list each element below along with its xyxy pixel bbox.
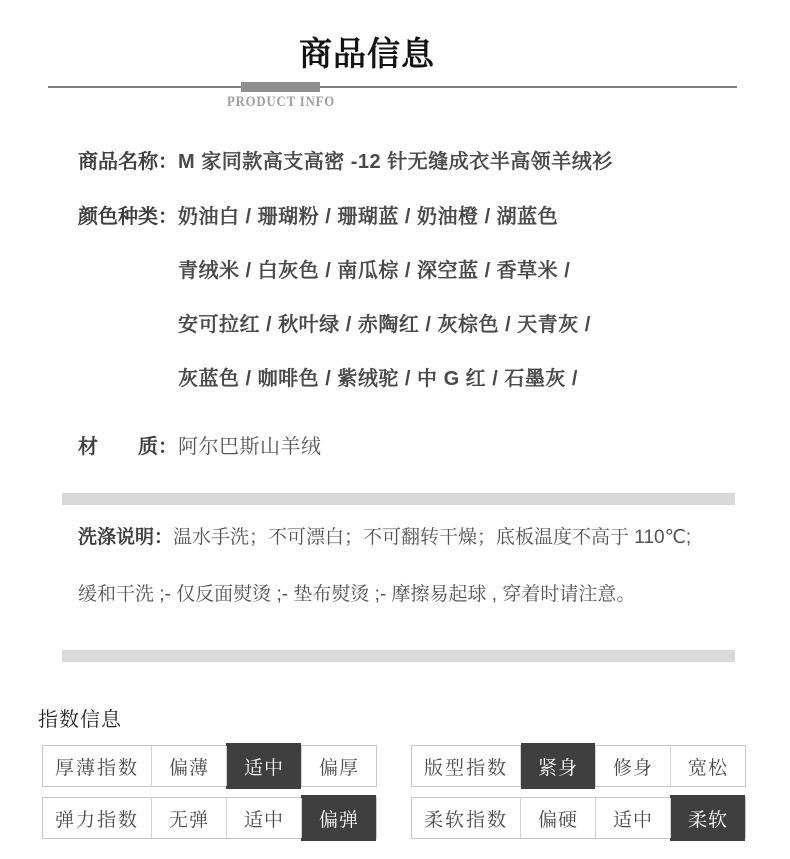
product-name-row: 商品名称：M 家同款高支高密 -12 针无缝成衣半高领羊绒衫 bbox=[78, 152, 613, 172]
color-line-4: 灰蓝色 / 咖啡色 / 紫绒驼 / 中 G 红 / 石墨灰 / bbox=[178, 369, 578, 389]
product-name-label: 商品名称： bbox=[78, 151, 178, 173]
option-cell-tight-selected: 紧身 bbox=[521, 746, 595, 786]
index-table-thickness-label: 厚薄指数 bbox=[43, 746, 152, 786]
index-table-softness: 柔软指数 偏硬 适中 柔软 bbox=[411, 797, 746, 839]
wash-label: 洗涤说明： bbox=[78, 527, 173, 548]
option-cell-soft-selected: 柔软 bbox=[670, 798, 745, 838]
option-cell-thin: 偏薄 bbox=[152, 746, 226, 786]
header-divider-accent bbox=[241, 82, 320, 92]
index-table-elasticity: 弹力指数 无弹 适中 偏弹 bbox=[42, 797, 377, 839]
wash-instructions-row: 洗涤说明：温水手洗；不可漂白；不可翻转干燥；底板温度不高于 110℃; bbox=[78, 528, 691, 547]
option-cell-slim: 修身 bbox=[595, 746, 670, 786]
index-table-fit-label: 版型指数 bbox=[412, 746, 521, 786]
option-cell-medium-stretch: 适中 bbox=[226, 798, 301, 838]
option-cell-thick: 偏厚 bbox=[301, 746, 376, 786]
option-cell-medium-selected: 适中 bbox=[226, 746, 301, 786]
color-line-2: 青绒米 / 白灰色 / 南瓜棕 / 深空蓝 / 香草米 / bbox=[178, 261, 570, 281]
index-table-thickness: 厚薄指数 偏薄 适中 偏厚 bbox=[42, 745, 377, 787]
index-table-fit: 版型指数 紧身 修身 宽松 bbox=[411, 745, 746, 787]
option-cell-stretchy-selected: 偏弹 bbox=[301, 798, 376, 838]
wash-line-1: 温水手洗；不可漂白；不可翻转干燥；底板温度不高于 110℃; bbox=[173, 527, 691, 548]
option-cell-loose: 宽松 bbox=[670, 746, 745, 786]
page-title: 商品信息 bbox=[0, 28, 734, 75]
option-cell-hard: 偏硬 bbox=[521, 798, 595, 838]
wash-line-2: 缓和干洗 ;- 仅反面熨烫 ;- 垫布熨烫 ;- 摩擦易起球 , 穿着时请注意。 bbox=[78, 585, 635, 604]
color-line-3: 安可拉红 / 秋叶绿 / 赤陶红 / 灰棕色 / 天青灰 / bbox=[178, 315, 591, 335]
product-info-page: 商品信息 PRODUCT INFO 商品名称：M 家同款高支高密 -12 针无缝… bbox=[0, 0, 790, 859]
color-list-row: 颜色种类：奶油白 / 珊瑚粉 / 珊瑚蓝 / 奶油橙 / 湖蓝色 bbox=[78, 207, 558, 227]
material-label: 材 质： bbox=[78, 436, 178, 458]
index-info-heading: 指数信息 bbox=[38, 703, 122, 732]
color-list-label: 颜色种类： bbox=[78, 206, 178, 228]
section-divider-top bbox=[62, 493, 735, 505]
product-name-value: M 家同款高支高密 -12 针无缝成衣半高领羊绒衫 bbox=[178, 151, 613, 173]
header-divider-line bbox=[48, 86, 737, 88]
material-value: 阿尔巴斯山羊绒 bbox=[178, 436, 322, 458]
index-table-elasticity-label: 弹力指数 bbox=[43, 798, 152, 838]
option-cell-medium-soft: 适中 bbox=[595, 798, 670, 838]
color-line-1: 奶油白 / 珊瑚粉 / 珊瑚蓝 / 奶油橙 / 湖蓝色 bbox=[178, 206, 558, 228]
material-row: 材 质：阿尔巴斯山羊绒 bbox=[78, 437, 322, 457]
index-table-softness-label: 柔软指数 bbox=[412, 798, 521, 838]
section-divider-bottom bbox=[62, 650, 735, 662]
page-subtitle: PRODUCT INFO bbox=[42, 94, 520, 111]
option-cell-no-stretch: 无弹 bbox=[152, 798, 226, 838]
